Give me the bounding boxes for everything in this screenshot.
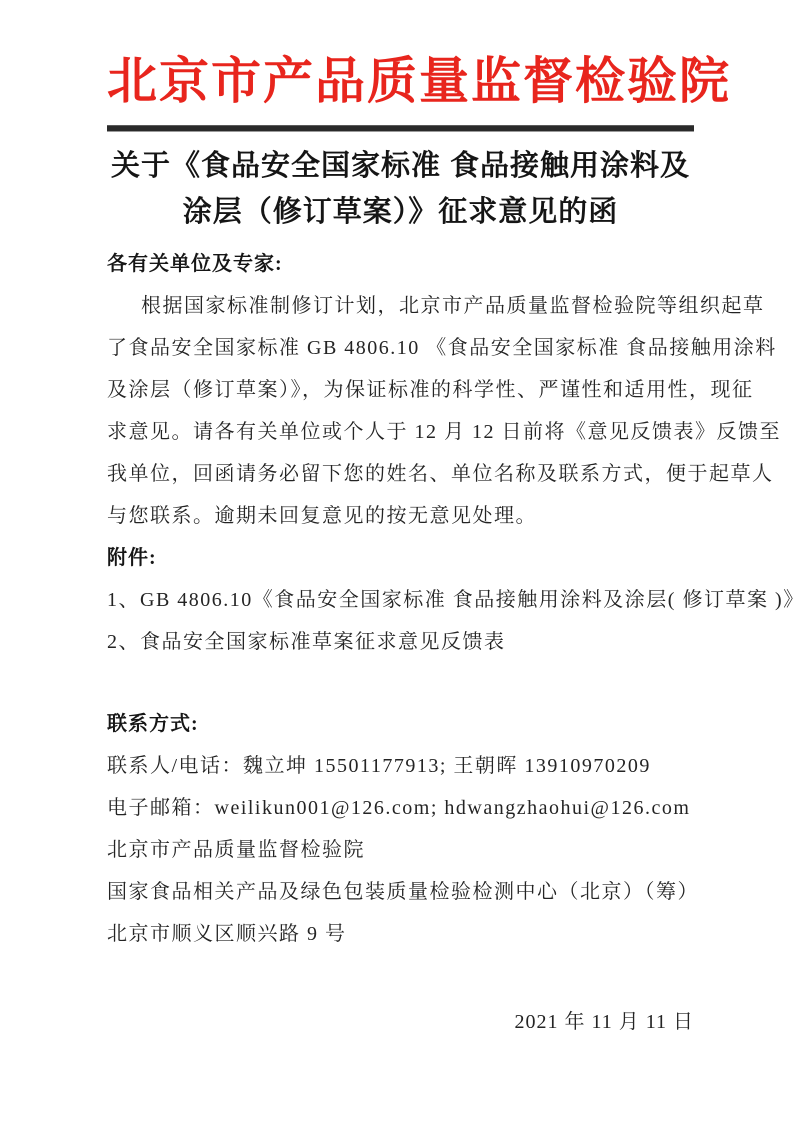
paragraph-line: 我单位，回函请务必留下您的姓名、单位名称及联系方式，便于起草人 xyxy=(107,453,694,495)
attachments-heading: 附件: xyxy=(107,537,694,579)
letterhead: 北京市产品质量监督检验院 xyxy=(107,0,694,132)
contact-line-org: 北京市产品质量监督检验院 xyxy=(107,829,694,871)
salutation: 各有关单位及专家: xyxy=(107,243,694,285)
paragraph-line: 与您联系。逾期未回复意见的按无意见处理。 xyxy=(107,495,694,537)
document-content: 北京市产品质量监督检验院 关于《食品安全国家标准 食品接触用涂料及 涂层（修订草… xyxy=(107,0,694,1043)
paragraph-line: 及涂层（修订草案）》，为保证标准的科学性、严谨性和适用性，现征 xyxy=(107,369,694,411)
document-title: 关于《食品安全国家标准 食品接触用涂料及 涂层（修订草案）》征求意见的函 xyxy=(107,143,694,235)
paragraph-line: 根据国家标准制修订计划，北京市产品质量监督检验院等组织起草 xyxy=(107,285,694,327)
contact-line-center: 国家食品相关产品及绿色包装质量检验检测中心（北京）（筹） xyxy=(107,871,694,913)
document-page: 北京市产品质量监督检验院 关于《食品安全国家标准 食品接触用涂料及 涂层（修订草… xyxy=(0,0,800,1131)
attachment-item-2: 2、食品安全国家标准草案征求意见反馈表 xyxy=(107,621,694,663)
body-paragraph: 根据国家标准制修订计划，北京市产品质量监督检验院等组织起草 了食品安全国家标准 … xyxy=(107,285,694,537)
attachments-section: 附件: 1、GB 4806.10《食品安全国家标准 食品接触用涂料及涂层( 修订… xyxy=(107,537,694,663)
letterhead-org-name: 北京市产品质量监督检验院 xyxy=(107,50,694,112)
document-title-line-1: 关于《食品安全国家标准 食品接触用涂料及 xyxy=(107,143,694,189)
contact-heading: 联系方式: xyxy=(107,703,694,745)
contact-line-email: 电子邮箱：weilikun001@126.com; hdwangzhaohui@… xyxy=(107,787,694,829)
paragraph-line: 求意见。请各有关单位或个人于 12 月 12 日前将《意见反馈表》反馈至 xyxy=(107,411,694,453)
contact-line-address: 北京市顺义区顺兴路 9 号 xyxy=(107,913,694,955)
document-title-line-2: 涂层（修订草案）》征求意见的函 xyxy=(107,189,694,235)
date-line: 2021 年 11 月 11 日 xyxy=(107,1001,694,1043)
attachment-item-1: 1、GB 4806.10《食品安全国家标准 食品接触用涂料及涂层( 修订草案 )… xyxy=(107,579,694,621)
contact-line-phone: 联系人/电话：魏立坤 15501177913; 王朝晖 13910970209 xyxy=(107,745,694,787)
contact-section: 联系方式: 联系人/电话：魏立坤 15501177913; 王朝晖 139109… xyxy=(107,703,694,955)
paragraph-line: 了食品安全国家标准 GB 4806.10 《食品安全国家标准 食品接触用涂料 xyxy=(107,327,694,369)
letterhead-rule xyxy=(107,125,694,132)
